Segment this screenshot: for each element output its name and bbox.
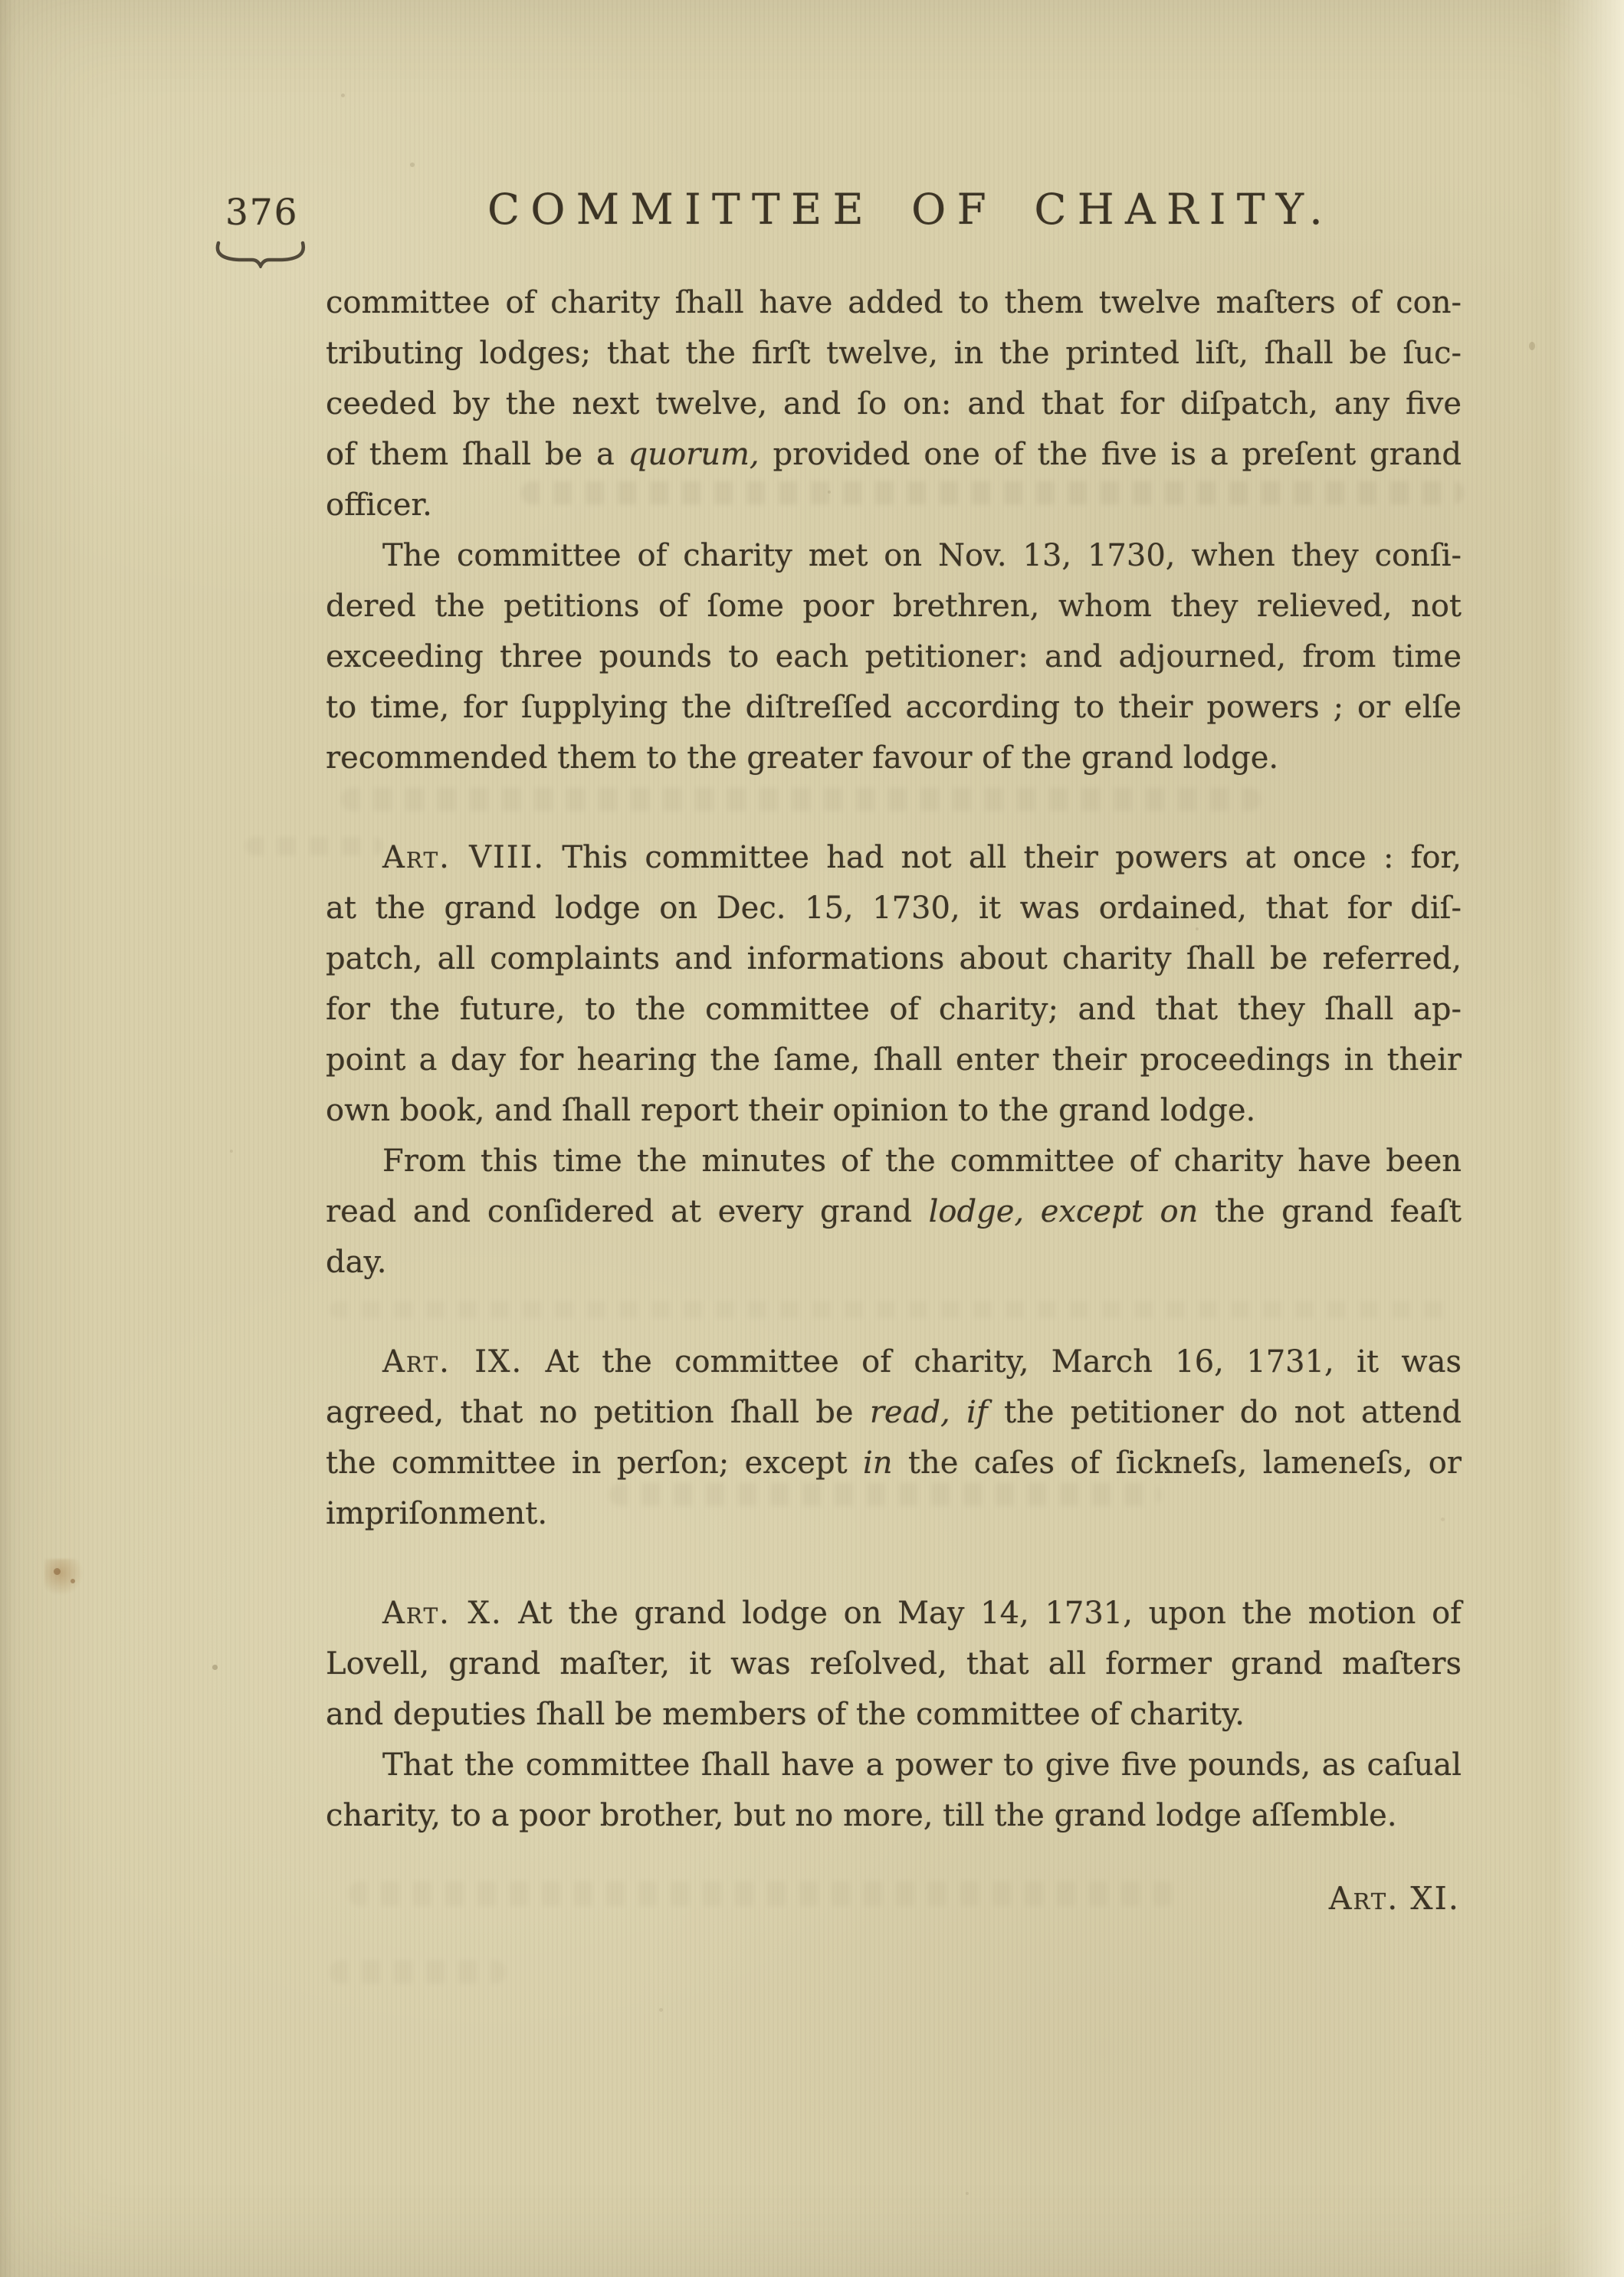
paragraph-from-this-time: From this time the minutes of the commit… [326, 1136, 1462, 1288]
body-text: exceeding three pounds to each petitione… [326, 639, 1462, 674]
text-line: Art. IX. At the committee of charity, Ma… [326, 1337, 1462, 1387]
paragraph-continuation: committee of charity ſhall have added to… [326, 277, 1462, 530]
paragraph-art-x: Art. X. At the grand lodge on May 14, 17… [326, 1588, 1462, 1740]
text-line: day. [326, 1237, 1462, 1288]
show-through-mark [349, 1882, 1176, 1906]
body-text: the committee in perſon; except [326, 1445, 863, 1481]
body-text: the grand feaſt [1198, 1194, 1462, 1229]
text-line: Art. X. At the grand lodge on May 14, 17… [326, 1588, 1462, 1639]
running-header: COMMITTEE OF CHARITY. [326, 185, 1462, 234]
text-line: recommended them to the greater favour o… [326, 733, 1462, 783]
book-page-scan: 376 COMMITTEE OF CHARITY. committee of c… [0, 0, 1624, 2277]
body-text: This committee had not all their powers … [545, 840, 1462, 875]
italic-text: quorum, [628, 437, 760, 472]
italic-text: read, if [870, 1395, 988, 1430]
body-text: agreed, that no petition ſhall be [326, 1395, 870, 1430]
text-line: dered the petitions of ſome poor brethre… [326, 581, 1462, 632]
text-line: From this time the minutes of the commit… [326, 1136, 1462, 1186]
text-line: impriſonment. [326, 1488, 1462, 1539]
body-text: recommended them to the greater favour o… [326, 740, 1278, 776]
body-text: At the committee of charity, March 16, 1… [523, 1344, 1462, 1380]
text-line: ceeded by the next twelve, and ſo on: an… [326, 379, 1462, 429]
body-text: at the grand lodge on Dec. 15, 1730, it … [326, 891, 1462, 926]
page-number-flourish [213, 239, 308, 271]
body-text: own book, and ſhall report their opinion… [326, 1093, 1255, 1128]
paragraph-casual-charity: That the committee ſhall have a power to… [326, 1740, 1462, 1841]
text-line: agreed, that no petition ſhall be read, … [326, 1387, 1462, 1438]
show-through-mark [330, 1960, 506, 1983]
article-heading: Art. X. [382, 1596, 503, 1631]
right-page-edge-highlight [1553, 0, 1624, 2277]
text-line: tributing lodges; that the firſt twelve,… [326, 328, 1462, 379]
speck [212, 1665, 218, 1670]
body-text: The committee of charity met on Nov. 13,… [382, 538, 1462, 573]
text-line: to time, for ſupplying the diſtreſſed ac… [326, 682, 1462, 733]
body-text: patch, all complaints and informations a… [326, 941, 1462, 976]
paragraph-art-ix: Art. IX. At the committee of charity, Ma… [326, 1337, 1462, 1539]
text-line: own book, and ſhall report their opinion… [326, 1085, 1462, 1136]
margin-stain [44, 1559, 84, 1594]
body-text: to time, for ſupplying the diſtreſſed ac… [326, 690, 1462, 725]
text-line: That the committee ſhall have a power to… [326, 1740, 1462, 1790]
body-text: That the committee ſhall have a power to… [382, 1747, 1462, 1783]
text-line: Lovell, grand maſter, it was reſolved, t… [326, 1639, 1462, 1689]
body-text: dered the petitions of ſome poor brethre… [326, 589, 1462, 624]
body-text: tributing lodges; that the firſt twelve,… [326, 336, 1462, 371]
body-text: of them ſhall be a [326, 437, 628, 472]
paragraph-committee-met: The committee of charity met on Nov. 13,… [326, 530, 1462, 783]
body-text: officer. [326, 487, 432, 523]
text-line: and deputies ſhall be members of the com… [326, 1689, 1462, 1740]
body-text: for the future, to the committee of char… [326, 992, 1462, 1027]
text-line: The committee of charity met on Nov. 13,… [326, 530, 1462, 581]
speck [341, 94, 345, 97]
catchword: Art. XI. [1329, 1880, 1460, 1917]
flourish-swash [213, 239, 308, 268]
body-text: Lovell, grand maſter, it was reſolved, t… [326, 1646, 1462, 1682]
text-line: read and conſidered at every grand lodge… [326, 1186, 1462, 1237]
paragraph-art-viii: Art. VIII. This committee had not all th… [326, 832, 1462, 1136]
text-block: committee of charity ſhall have added to… [326, 277, 1462, 1841]
body-text: read and conſidered at every grand [326, 1194, 929, 1229]
speck [1529, 342, 1535, 350]
speck [410, 162, 415, 167]
body-text: impriſonment. [326, 1496, 547, 1531]
speck [659, 2008, 663, 2012]
body-text: the caſes of ſickneſs, lameneſs, or [893, 1445, 1462, 1481]
speck [230, 1150, 233, 1153]
body-text: charity, to a poor brother, but no more,… [326, 1798, 1397, 1833]
stain-dot [71, 1579, 75, 1583]
text-line: for the future, to the committee of char… [326, 984, 1462, 1035]
text-line: the committee in perſon; except in the c… [326, 1438, 1462, 1488]
text-line: Art. VIII. This committee had not all th… [326, 832, 1462, 883]
italic-text: in [863, 1445, 893, 1481]
text-line: point a day for hearing the ſame, ſhall … [326, 1035, 1462, 1085]
speck [966, 2192, 969, 2195]
text-line: at the grand lodge on Dec. 15, 1730, it … [326, 883, 1462, 933]
body-text: ceeded by the next twelve, and ſo on: an… [326, 386, 1462, 422]
text-line: officer. [326, 480, 1462, 530]
italic-text: lodge, except on [929, 1194, 1199, 1229]
text-line: charity, to a poor brother, but no more,… [326, 1790, 1462, 1841]
body-text: From this time the minutes of the commit… [382, 1143, 1462, 1179]
body-text: point a day for hearing the ſame, ſhall … [326, 1042, 1462, 1078]
text-line: patch, all complaints and informations a… [326, 933, 1462, 984]
body-text: At the grand lodge on May 14, 1731, upon… [503, 1596, 1462, 1631]
stain-dot [54, 1568, 61, 1575]
text-line: of them ſhall be a quorum, provided one … [326, 429, 1462, 480]
left-edge-shadow [0, 0, 15, 2277]
body-text: provided one of the five is a preſent gr… [760, 437, 1462, 472]
text-line: exceeding three pounds to each petitione… [326, 632, 1462, 682]
body-text: day. [326, 1245, 386, 1280]
article-heading: Art. VIII. [382, 840, 545, 875]
text-line: committee of charity ſhall have added to… [326, 277, 1462, 328]
body-text: committee of charity ſhall have added to… [326, 285, 1462, 320]
body-text: and deputies ſhall be members of the com… [326, 1697, 1245, 1732]
body-text: the petitioner do not attend [988, 1395, 1462, 1430]
page-number: 376 [225, 192, 298, 234]
article-heading: Art. IX. [382, 1344, 523, 1380]
